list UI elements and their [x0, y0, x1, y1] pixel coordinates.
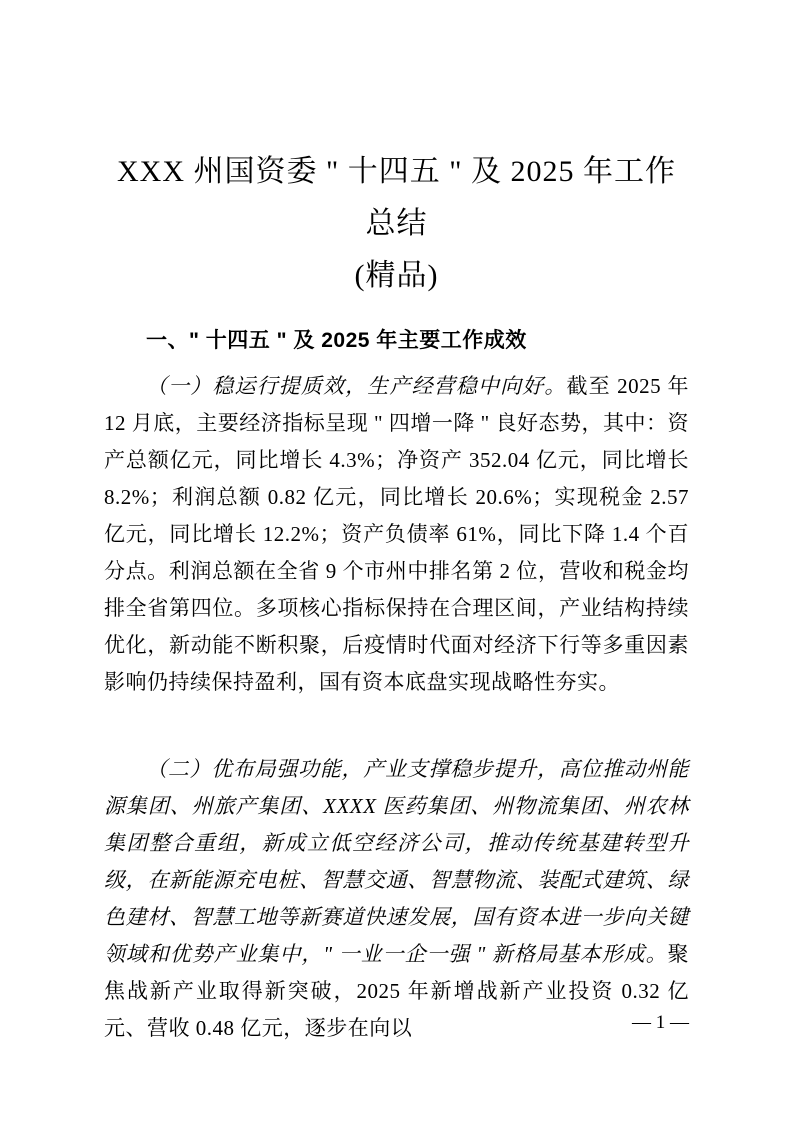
document-title-line2: (精品)	[104, 250, 689, 302]
paragraph-1: （一）稳运行提质效，生产经营稳中向好。截至 2025 年 12 月底，主要经济指…	[104, 368, 689, 701]
paragraph-2: （二）优布局强功能，产业支撑稳步提升，高位推动州能源集团、州旅产集团、XXXX …	[104, 751, 689, 1047]
paragraph-1-lead-text: （一）稳运行提质效，生产经营稳中向好。	[146, 374, 566, 398]
document-title: XXX 州国资委 " 十四五 " 及 2025 年工作总结 (精品)	[104, 146, 689, 302]
section-heading: 一、" 十四五 " 及 2025 年主要工作成效	[104, 326, 689, 356]
document-page: XXX 州国资委 " 十四五 " 及 2025 年工作总结 (精品) 一、" 十…	[0, 0, 793, 1122]
document-title-line1: XXX 州国资委 " 十四五 " 及 2025 年工作总结	[104, 146, 689, 250]
page-number: — 1 —	[632, 1012, 689, 1034]
paragraph-2-lead-text: （二）优布局强功能，产业支撑稳步提升，高位推动州能源集团、州旅产集团、XXXX …	[104, 757, 689, 966]
paragraph-1-body-text: 截至 2025 年 12 月底，主要经济指标呈现 " 四增一降 " 良好态势，其…	[104, 374, 689, 694]
document-content: XXX 州国资委 " 十四五 " 及 2025 年工作总结 (精品) 一、" 十…	[0, 0, 793, 1047]
